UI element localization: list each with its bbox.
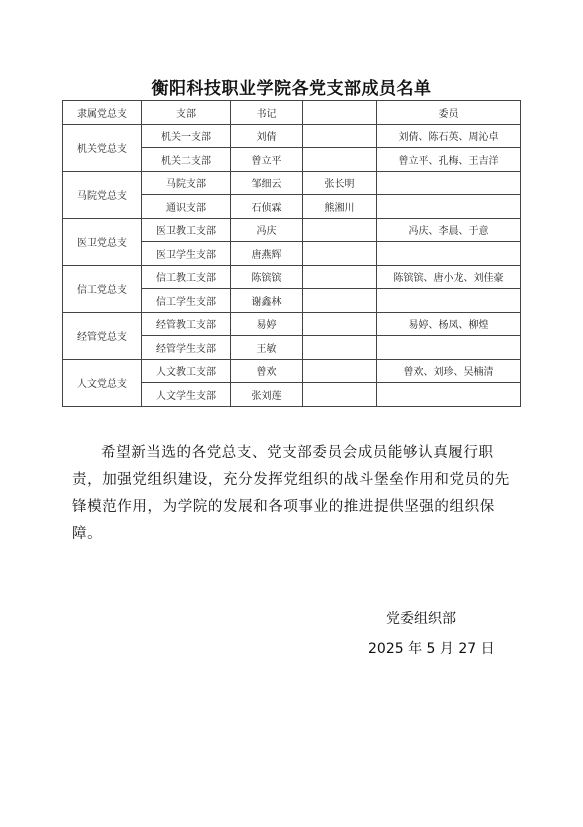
branch-cell: 经管教工支部 [142, 312, 231, 336]
secretary-cell: 曾欢 [231, 359, 303, 383]
branch-cell: 经管学生支部 [142, 336, 231, 360]
secretary-cell: 刘倩 [231, 124, 303, 148]
table-row: 人文党总支 人文教工支部 曾欢 曾欢、刘珍、吴楠清 [63, 359, 521, 383]
secretary-cell: 曾立平 [231, 148, 303, 172]
branch-cell: 机关二支部 [142, 148, 231, 172]
deputy-cell [303, 359, 377, 383]
branch-cell: 信工教工支部 [142, 265, 231, 289]
deputy-cell [303, 218, 377, 242]
branch-cell: 医卫教工支部 [142, 218, 231, 242]
header-general-branch: 隶属党总支 [63, 101, 142, 125]
branch-cell: 医卫学生支部 [142, 242, 231, 266]
deputy-cell [303, 242, 377, 266]
general-branch-cell: 机关党总支 [63, 124, 142, 171]
table-row: 马院党总支 马院支部 邹细云 张长明 [63, 171, 521, 195]
members-cell [377, 289, 521, 313]
secretary-cell: 石侦霖 [231, 195, 303, 219]
members-cell: 陈镔镔、唐小龙、刘佳豪 [377, 265, 521, 289]
members-cell [377, 171, 521, 195]
table-row: 信工党总支 信工教工支部 陈镔镔 陈镔镔、唐小龙、刘佳豪 [63, 265, 521, 289]
branch-cell: 机关一支部 [142, 124, 231, 148]
table-row: 医卫党总支 医卫教工支部 冯庆 冯庆、李晨、于意 [63, 218, 521, 242]
branch-cell: 马院支部 [142, 171, 231, 195]
table-row: 经管党总支 经管教工支部 易婷 易婷、杨凤、柳煌 [63, 312, 521, 336]
table-row: 机关党总支 机关一支部 刘倩 刘倩、陈石英、周沁卓 [63, 124, 521, 148]
secretary-cell: 邹细云 [231, 171, 303, 195]
members-cell [377, 336, 521, 360]
secretary-cell: 张刘莲 [231, 383, 303, 407]
members-cell: 冯庆、李晨、于意 [377, 218, 521, 242]
members-cell [377, 383, 521, 407]
branch-cell: 人文教工支部 [142, 359, 231, 383]
members-cell [377, 242, 521, 266]
header-secretary: 书记 [231, 101, 303, 125]
deputy-cell [303, 124, 377, 148]
header-branch: 支部 [142, 101, 231, 125]
branch-cell: 信工学生支部 [142, 289, 231, 313]
secretary-cell: 唐燕辉 [231, 242, 303, 266]
secretary-cell: 谢鑫林 [231, 289, 303, 313]
deputy-cell [303, 265, 377, 289]
table-header-row: 隶属党总支 支部 书记 委员 [63, 101, 521, 125]
signature-organization: 党委组织部 [386, 608, 456, 628]
signature-date: 2025 年 5 月 27 日 [368, 638, 495, 658]
branch-cell: 人文学生支部 [142, 383, 231, 407]
deputy-cell: 熊湘川 [303, 195, 377, 219]
secretary-cell: 王敏 [231, 336, 303, 360]
header-deputy [303, 101, 377, 125]
general-branch-cell: 经管党总支 [63, 312, 142, 359]
general-branch-cell: 信工党总支 [63, 265, 142, 312]
general-branch-cell: 马院党总支 [63, 171, 142, 218]
general-branch-cell: 人文党总支 [63, 359, 142, 406]
deputy-cell [303, 312, 377, 336]
deputy-cell [303, 383, 377, 407]
deputy-cell [303, 336, 377, 360]
document-title: 衡阳科技职业学院各党支部成员名单 [0, 74, 583, 99]
members-cell: 刘倩、陈石英、周沁卓 [377, 124, 521, 148]
secretary-cell: 陈镔镔 [231, 265, 303, 289]
members-cell: 曾立平、孔梅、王吉洋 [377, 148, 521, 172]
secretary-cell: 冯庆 [231, 218, 303, 242]
deputy-cell: 张长明 [303, 171, 377, 195]
branch-roster-table: 隶属党总支 支部 书记 委员 机关党总支 机关一支部 刘倩 刘倩、陈石英、周沁卓… [62, 100, 521, 407]
branch-cell: 通识支部 [142, 195, 231, 219]
members-cell [377, 195, 521, 219]
closing-paragraph: 希望新当选的各党总支、党支部委员会成员能够认真履行职责，加强党组织建设，充分发挥… [72, 440, 522, 548]
members-cell: 易婷、杨凤、柳煌 [377, 312, 521, 336]
secretary-cell: 易婷 [231, 312, 303, 336]
header-members: 委员 [377, 101, 521, 125]
deputy-cell [303, 148, 377, 172]
general-branch-cell: 医卫党总支 [63, 218, 142, 265]
members-cell: 曾欢、刘珍、吴楠清 [377, 359, 521, 383]
deputy-cell [303, 289, 377, 313]
